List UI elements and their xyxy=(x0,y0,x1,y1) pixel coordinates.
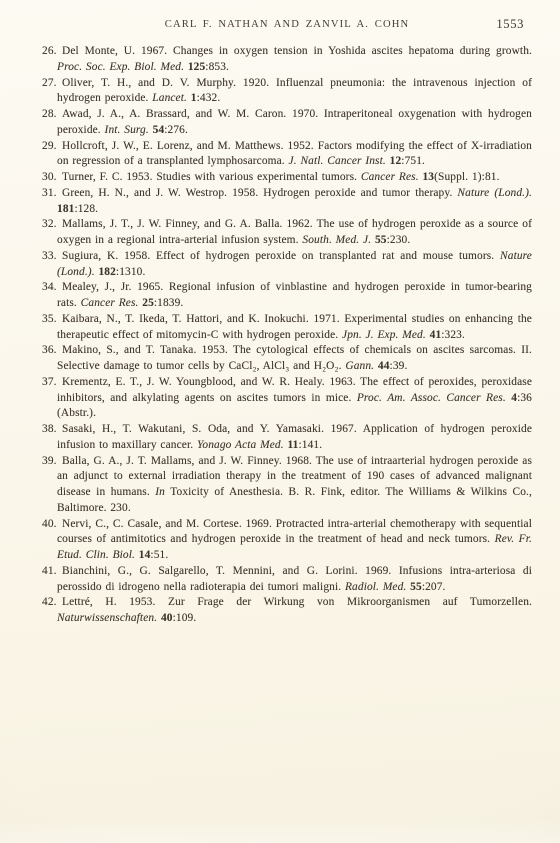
reference-text: (Suppl. 1):81. xyxy=(434,171,499,183)
reference-number: 31. xyxy=(42,186,62,202)
volume-number: 25 xyxy=(142,297,154,309)
page-number: 1553 xyxy=(496,17,524,32)
reference-number: 28. xyxy=(42,107,62,123)
reference-number: 36. xyxy=(42,343,62,359)
reference-text: Sugiura, K. 1958. Effect of hydrogen per… xyxy=(62,250,500,262)
reference-number: 32. xyxy=(42,217,62,233)
volume-number: 13 xyxy=(422,171,434,183)
reference-item: 42.Lettré, H. 1953. Zur Frage der Wirkun… xyxy=(42,595,532,627)
reference-number: 37. xyxy=(42,375,62,391)
journal-name: Lancet. xyxy=(152,92,187,104)
journal-name: Nature (Lond.). xyxy=(457,187,532,199)
reference-item: 26.Del Monte, U. 1967. Changes in oxygen… xyxy=(42,44,532,76)
reference-item: 36.Makino, S., and T. Tanaka. 1953. The … xyxy=(42,343,532,375)
volume-number: 55 xyxy=(410,581,422,593)
reference-text: :853. xyxy=(205,61,229,73)
journal-name: Jpn. J. Exp. Med. xyxy=(342,329,426,341)
journal-name: Cancer Res. xyxy=(361,171,419,183)
reference-number: 42. xyxy=(42,595,62,611)
journal-name: Gann. xyxy=(345,360,374,372)
reference-text: :51. xyxy=(150,549,168,561)
page-header: CARL F. NATHAN AND ZANVIL A. COHN 1553 xyxy=(42,19,532,35)
reference-text: :751. xyxy=(401,155,425,167)
running-head: CARL F. NATHAN AND ZANVIL A. COHN xyxy=(42,19,532,30)
reference-item: 32.Mallams, J. T., J. W. Finney, and G. … xyxy=(42,217,532,249)
volume-number: 14 xyxy=(139,549,151,561)
reference-item: 40.Nervi, C., C. Casale, and M. Cortese.… xyxy=(42,517,532,564)
reference-number: 40. xyxy=(42,517,62,533)
reference-number: 39. xyxy=(42,454,62,470)
reference-text: :39. xyxy=(390,360,408,372)
volume-number: 182 xyxy=(98,266,115,278)
reference-item: 39.Balla, G. A., J. T. Mallams, and J. W… xyxy=(42,454,532,517)
reference-text: :276. xyxy=(164,124,188,136)
reference-text: Mallams, J. T., J. W. Finney, and G. A. … xyxy=(57,218,532,246)
volume-number: 40 xyxy=(161,612,173,624)
reference-item: 28.Awad, J. A., A. Brassard, and W. M. C… xyxy=(42,107,532,139)
reference-number: 35. xyxy=(42,312,62,328)
reference-item: 29.Hollcroft, J. W., E. Lorenz, and M. M… xyxy=(42,139,532,171)
volume-number: 44 xyxy=(378,360,390,372)
reference-text: Lettré, H. 1953. Zur Frage der Wirkung v… xyxy=(62,596,532,608)
reference-item: 38.Sasaki, H., T. Wakutani, S. Oda, and … xyxy=(42,422,532,454)
journal-name: Radiol. Med. xyxy=(345,581,406,593)
reference-text: Del Monte, U. 1967. Changes in oxygen te… xyxy=(62,45,532,57)
reference-text: Turner, F. C. 1953. Studies with various… xyxy=(62,171,361,183)
reference-text: :207. xyxy=(422,581,446,593)
reference-text: :109. xyxy=(173,612,197,624)
journal-name: Proc. Soc. Exp. Biol. Med. xyxy=(57,61,184,73)
reference-text: Makino, S., and T. Tanaka. 1953. The cyt… xyxy=(57,344,532,372)
reference-text: :323. xyxy=(441,329,465,341)
reference-list: 26.Del Monte, U. 1967. Changes in oxygen… xyxy=(42,44,532,627)
reference-text: :1310. xyxy=(116,266,146,278)
volume-number: 11 xyxy=(288,439,299,451)
reference-text: Oliver, T. H., and D. V. Murphy. 1920. I… xyxy=(57,77,532,105)
reference-text: :128. xyxy=(74,203,98,215)
reference-item: 27.Oliver, T. H., and D. V. Murphy. 1920… xyxy=(42,76,532,108)
volume-number: 54 xyxy=(153,124,165,136)
journal-name: Yonago Acta Med. xyxy=(197,439,284,451)
reference-number: 41. xyxy=(42,564,62,580)
journal-name: In xyxy=(155,486,165,498)
reference-item: 34.Mealey, J., Jr. 1965. Regional infusi… xyxy=(42,280,532,312)
journal-name: Naturwissenschaften. xyxy=(57,612,157,624)
reference-number: 29. xyxy=(42,139,62,155)
journal-name: J. Natl. Cancer Inst. xyxy=(289,155,386,167)
reference-text: :230. xyxy=(387,234,411,246)
reference-text: :432. xyxy=(197,92,221,104)
reference-item: 37.Krementz, E. T., J. W. Youngblood, an… xyxy=(42,375,532,422)
reference-text: Green, H. N., and J. W. Westrop. 1958. H… xyxy=(62,187,457,199)
reference-item: 31.Green, H. N., and J. W. Westrop. 1958… xyxy=(42,186,532,218)
reference-number: 27. xyxy=(42,76,62,92)
reference-text: :141. xyxy=(299,439,323,451)
volume-number: 41 xyxy=(430,329,442,341)
reference-number: 38. xyxy=(42,422,62,438)
volume-number: 125 xyxy=(188,61,205,73)
reference-item: 41.Bianchini, G., G. Salgarello, T. Menn… xyxy=(42,564,532,596)
reference-number: 26. xyxy=(42,44,62,60)
reference-number: 34. xyxy=(42,280,62,296)
volume-number: 55 xyxy=(375,234,387,246)
reference-number: 30. xyxy=(42,170,62,186)
reference-text: Nervi, C., C. Casale, and M. Cortese. 19… xyxy=(57,518,532,546)
volume-number: 12 xyxy=(390,155,402,167)
journal-name: Proc. Am. Assoc. Cancer Res. xyxy=(357,392,506,404)
reference-item: 33.Sugiura, K. 1958. Effect of hydrogen … xyxy=(42,249,532,281)
volume-number: 181 xyxy=(57,203,74,215)
scanned-paper-page: CARL F. NATHAN AND ZANVIL A. COHN 1553 2… xyxy=(0,0,560,843)
reference-number: 33. xyxy=(42,249,62,265)
journal-name: Cancer Res. xyxy=(81,297,139,309)
reference-text: Bianchini, G., G. Salgarello, T. Mennini… xyxy=(57,565,532,593)
journal-name: South. Med. J. xyxy=(302,234,371,246)
reference-item: 35.Kaibara, N., T. Ikeda, T. Hattori, an… xyxy=(42,312,532,344)
reference-item: 30.Turner, F. C. 1953. Studies with vari… xyxy=(42,170,532,186)
reference-text: :1839. xyxy=(154,297,184,309)
journal-name: Int. Surg. xyxy=(105,124,149,136)
